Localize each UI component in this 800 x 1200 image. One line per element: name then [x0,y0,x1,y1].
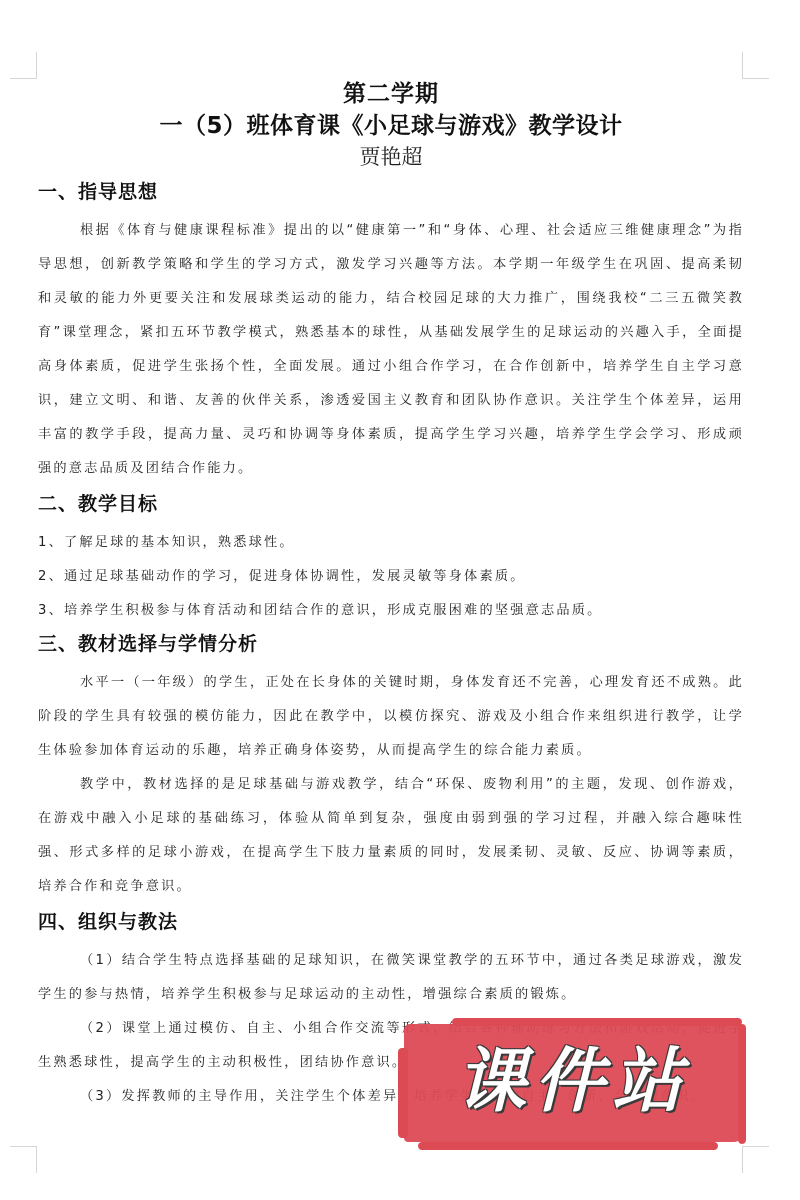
section-paragraph: （1）结合学生特点选择基础的足球知识，在微笑课堂教学的五环节中，通过各类足球游戏… [38,944,744,1012]
list-item: 3、培养学生积极参与体育活动和团结合作的意识，形成克服困难的坚强意志品质。 [38,594,744,628]
document-page: 第二学期 一（5）班体育课《小足球与游戏》教学设计 贾艳超 一、指导思想 根据《… [38,78,744,1114]
section-guiding-ideology: 一、指导思想 根据《体育与健康课程标准》提出的以“健康第一”和“身体、心理、社会… [38,178,744,486]
section-heading: 三、教材选择与学情分析 [38,630,744,666]
section-paragraph: 教学中，教材选择的是足球基础与游戏教学，结合“环保、废物利用”的主题，发现、创作… [38,768,744,904]
page-corner-mark-top-left [10,52,37,79]
section-heading: 二、教学目标 [38,490,744,526]
stamp-brush-edge-bottom [418,1142,718,1150]
page-corner-mark-bottom-right [742,1146,769,1173]
stamp-brush-edge-top [452,1018,742,1026]
document-author: 贾艳超 [38,142,744,174]
page-corner-mark-top-right [742,52,769,79]
section-heading: 四、组织与教法 [38,908,744,944]
section-paragraph: 根据《体育与健康课程标准》提出的以“健康第一”和“身体、心理、社会适应三维健康理… [38,214,744,486]
section-heading: 一、指导思想 [38,178,744,214]
document-title: 一（5）班体育课《小足球与游戏》教学设计 [38,110,744,142]
section-paragraph: 水平一（一年级）的学生，正处在长身体的关键时期，身体发育还不完善，心理发育还不成… [38,666,744,768]
document-title-semester: 第二学期 [38,78,744,110]
page-corner-mark-bottom-left [10,1146,37,1173]
list-item: 2、通过足球基础动作的学习，促进身体协调性，发展灵敏等身体素质。 [38,560,744,594]
objectives-list: 1、了解足球的基本知识，熟悉球性。 2、通过足球基础动作的学习，促进身体协调性，… [38,526,744,628]
section-material-analysis: 三、教材选择与学情分析 水平一（一年级）的学生，正处在长身体的关键时期，身体发育… [38,630,744,904]
watermark-stamp: 课件站 [398,1018,748,1150]
list-item: 1、了解足球的基本知识，熟悉球性。 [38,526,744,560]
watermark-text: 课件站 [398,1036,748,1126]
section-teaching-objectives: 二、教学目标 1、了解足球的基本知识，熟悉球性。 2、通过足球基础动作的学习，促… [38,490,744,628]
